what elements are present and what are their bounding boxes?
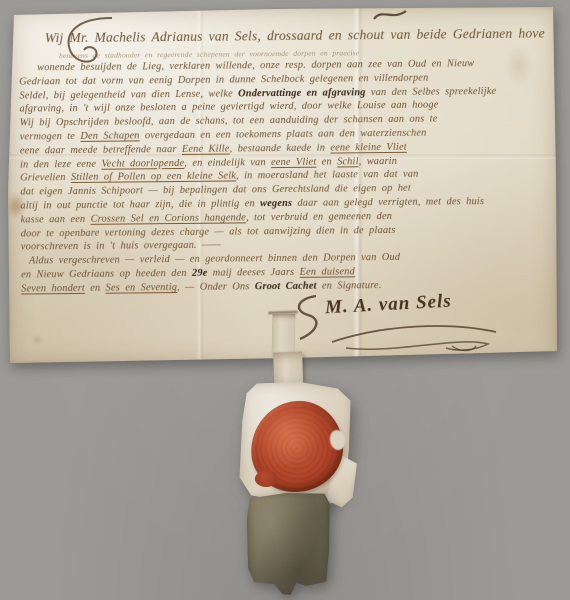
seal-cover-plate-surface xyxy=(246,490,332,600)
parchment-document: Wij Mr. Machelis Adrianus van Sels, dros… xyxy=(8,6,558,364)
handwritten-text: Wij Mr. Machelis Adrianus van Sels, dros… xyxy=(19,21,548,296)
seal-cover-plate xyxy=(246,490,331,600)
parchment-surface: Wij Mr. Machelis Adrianus van Sels, dros… xyxy=(8,6,558,364)
photograph: Wij Mr. Machelis Adrianus van Sels, dros… xyxy=(0,0,570,600)
ink-stain xyxy=(32,336,42,344)
